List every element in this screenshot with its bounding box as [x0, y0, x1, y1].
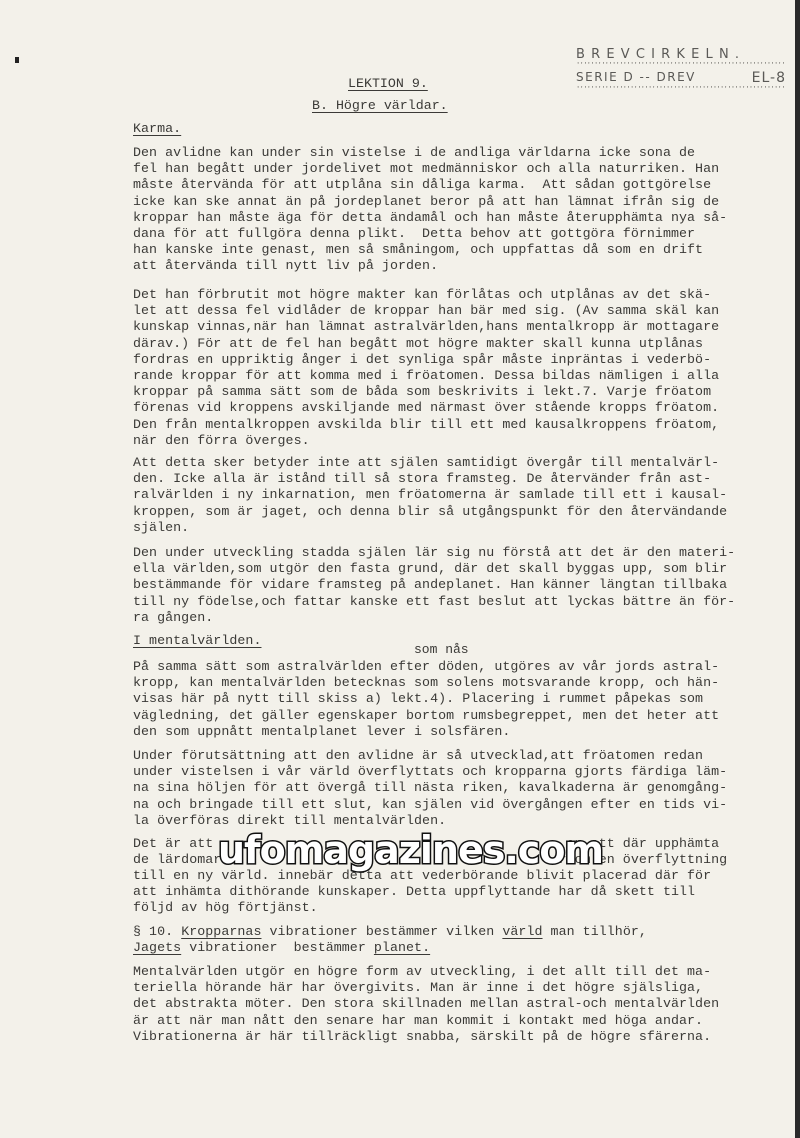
- punch-mark: [15, 57, 19, 63]
- letterhead-series-row: SERIE D -- DREV EL-8: [576, 70, 786, 86]
- document-page: BREVCIRKELN. '''''''''''''''''''''''''''…: [0, 0, 795, 1138]
- rule-10-text-3: vibrationer bestämmer: [181, 940, 374, 955]
- letterhead-org: BREVCIRKELN.: [576, 47, 786, 62]
- rule-10-jagets: Jagets: [133, 940, 181, 955]
- paragraph-1: Den avlidne kan under sin vistelse i de …: [133, 145, 783, 275]
- letterhead: BREVCIRKELN. '''''''''''''''''''''''''''…: [576, 47, 786, 94]
- scan-edge: [795, 0, 800, 1138]
- rule-10-number: § 10.: [133, 924, 173, 939]
- handwritten-insert: som nås: [414, 642, 469, 657]
- rule-10-line-2: Jagets vibrationer bestämmer planet.: [133, 940, 783, 956]
- paragraph-5: På samma sätt som astralvärlden efter dö…: [133, 659, 783, 740]
- letterhead-series: SERIE D -- DREV: [576, 70, 696, 86]
- section-heading-mentalvarlden: I mentalvärlden.: [133, 633, 261, 649]
- rule-10-text-2: man tillhör,: [543, 924, 647, 939]
- paragraph-2: Det han förbrutit mot högre makter kan f…: [133, 287, 783, 449]
- paragraph-4: Den under utveckling stadda själen lär s…: [133, 545, 783, 626]
- letterhead-code: EL-8: [752, 70, 786, 86]
- lesson-title: LEKTION 9.: [348, 76, 428, 91]
- paragraph-3: Att detta sker betyder inte att själen s…: [133, 455, 783, 536]
- watermark: ufomagazines.com: [218, 828, 603, 872]
- rule-10-planet: planet.: [374, 940, 430, 955]
- paragraph-6: Under förutsättning att den avlidne är s…: [133, 748, 783, 829]
- lesson-subtitle: B. Högre världar.: [312, 98, 448, 113]
- section-heading-karma: Karma.: [133, 121, 181, 137]
- rule-10-kropparnas: Kropparnas: [181, 924, 261, 939]
- letterhead-rule-bottom: ''''''''''''''''''''''''''''''''''''''''…: [576, 86, 786, 94]
- rule-10-varld: värld: [502, 924, 542, 939]
- rule-10-text-1: vibrationer bestämmer vilken: [261, 924, 502, 939]
- paragraph-9: Mentalvärlden utgör en högre form av utv…: [133, 964, 783, 1045]
- rule-10-line-1: § 10. Kropparnas vibrationer bestämmer v…: [133, 924, 783, 940]
- letterhead-rule: ''''''''''''''''''''''''''''''''''''''''…: [576, 62, 786, 70]
- paragraph-7-rest: till en ny värld. innebär detta att vede…: [133, 868, 783, 917]
